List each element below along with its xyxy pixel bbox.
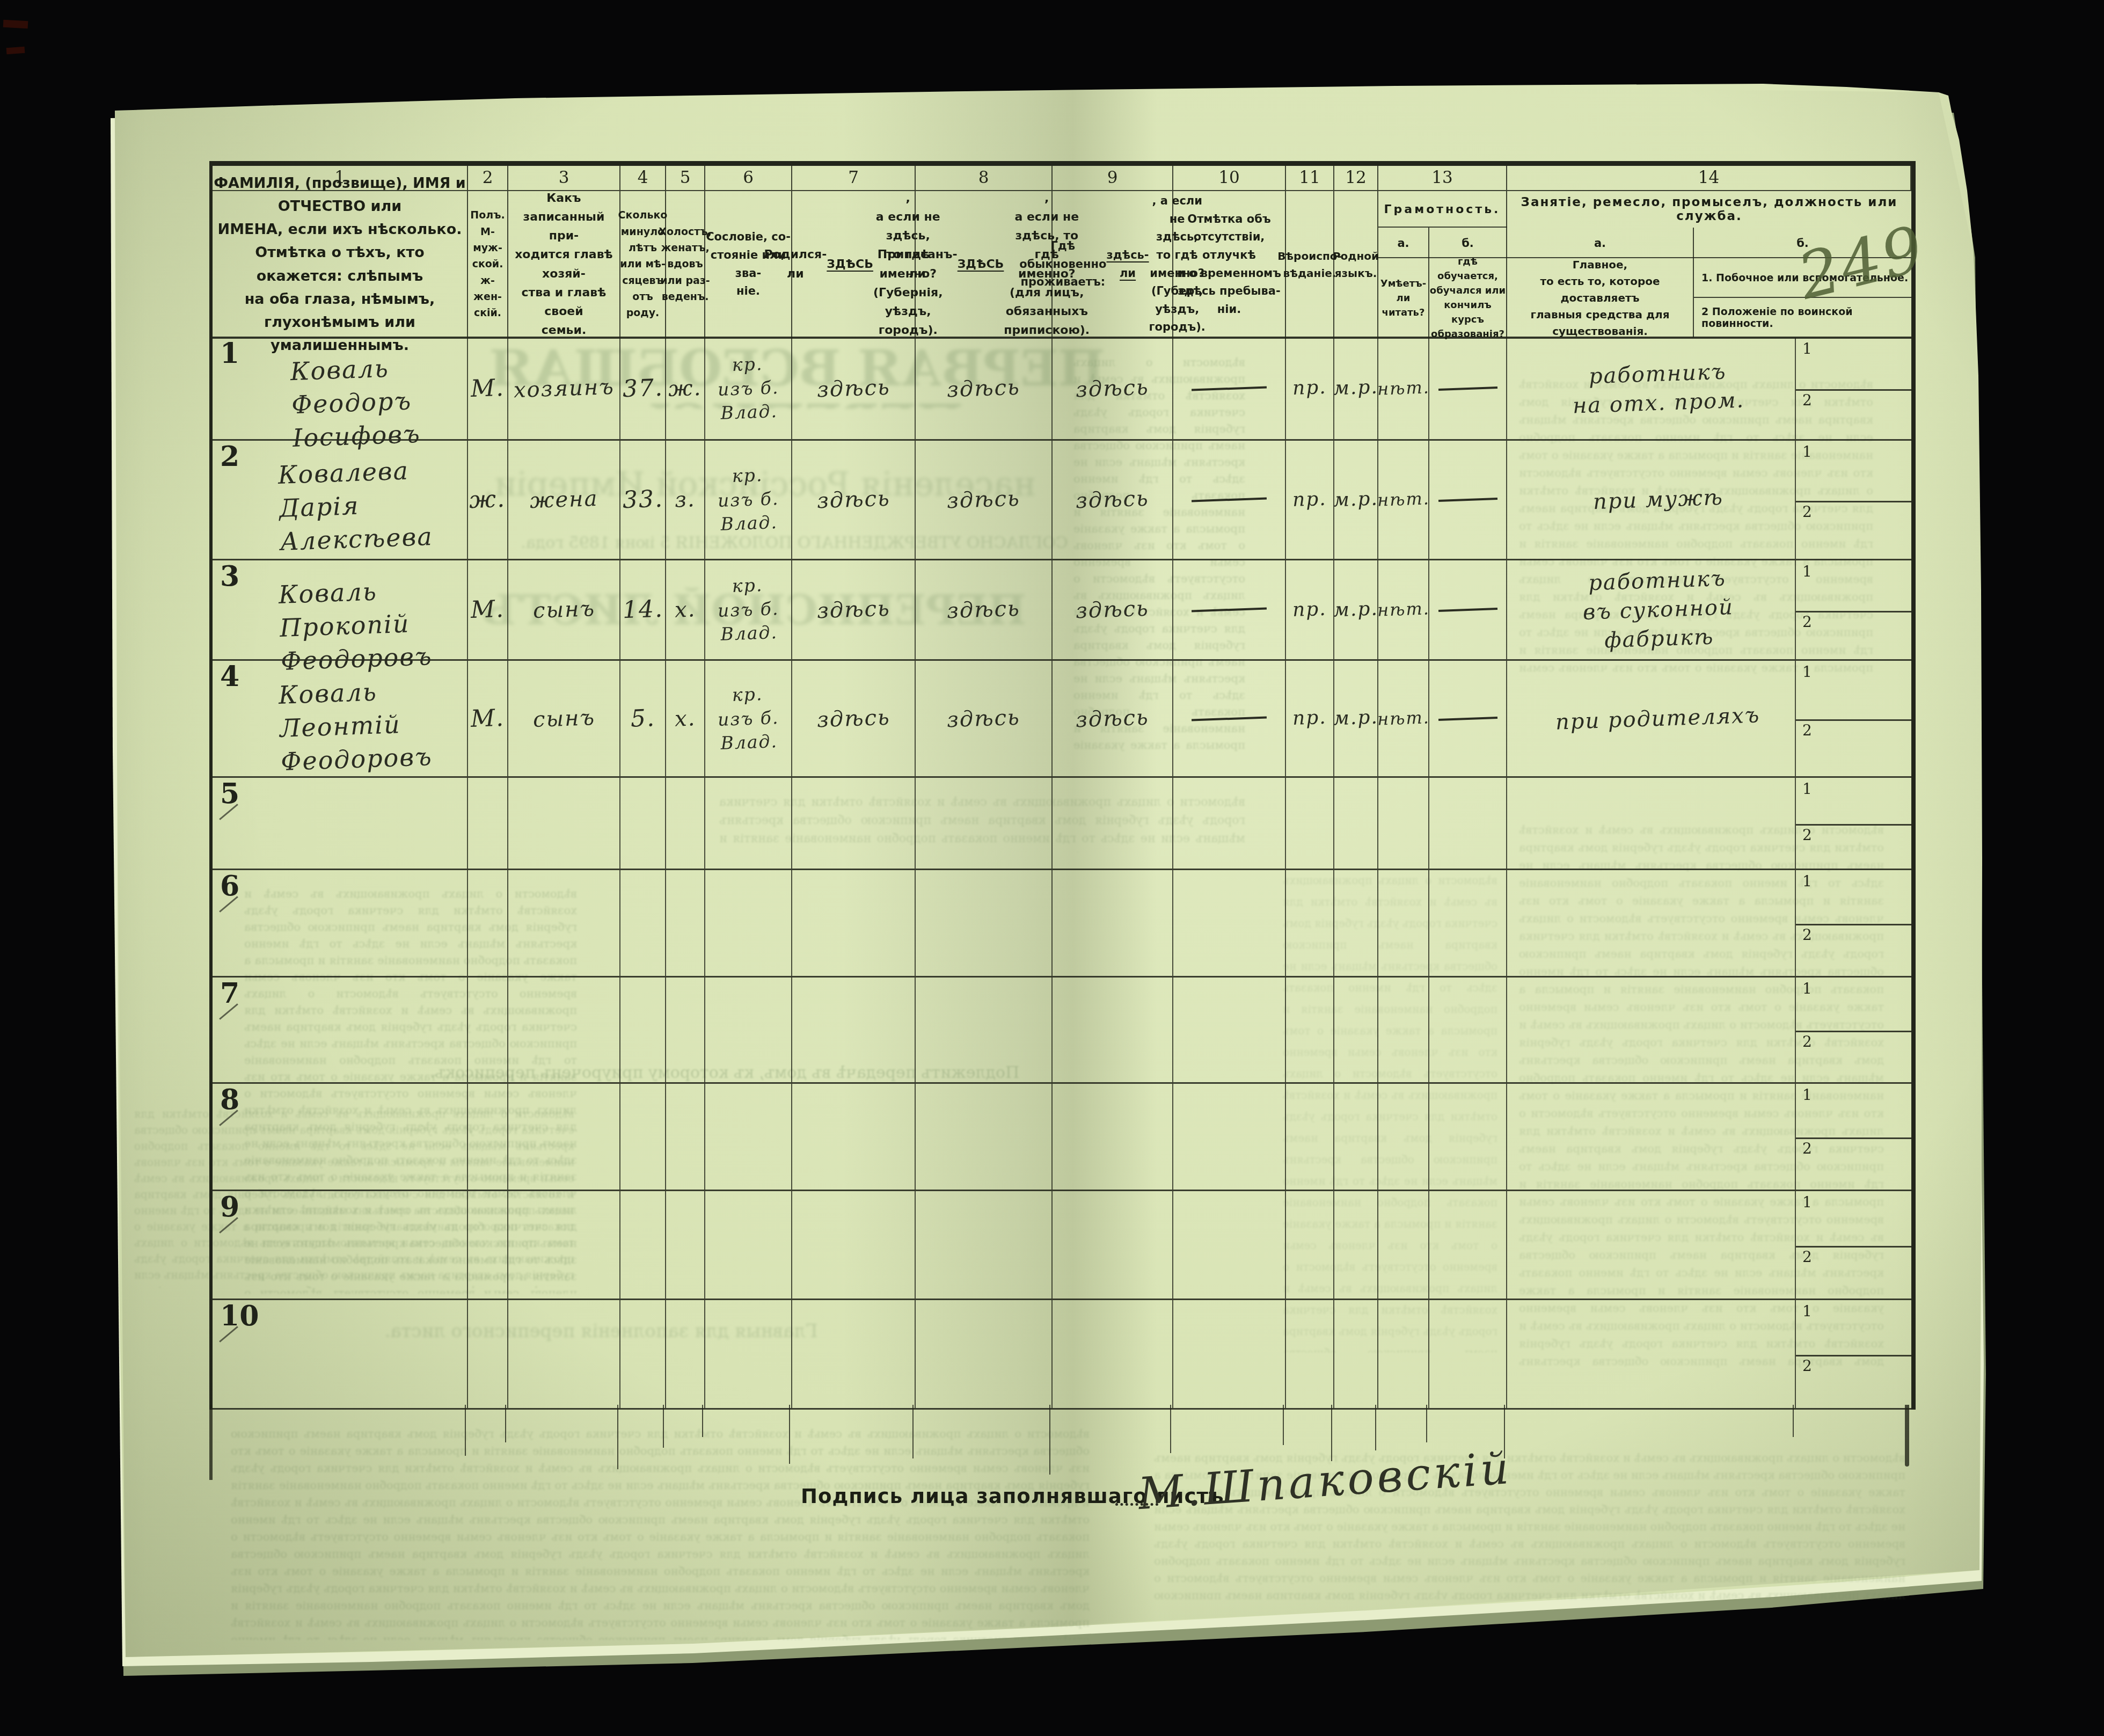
row9-estate	[705, 1191, 792, 1299]
hw-marital: з.	[674, 485, 696, 514]
row7-faith	[1286, 978, 1334, 1082]
header-col13a: Умѣетъ- ли читать?	[1378, 258, 1429, 338]
row5-occupation_main	[1507, 778, 1796, 869]
row2-faith: пр.	[1286, 441, 1334, 559]
subcell-mark-1: 1	[1802, 1193, 1812, 1211]
hw-relation: жена	[529, 484, 598, 515]
column-number-6: 6	[705, 166, 792, 191]
hw-born: здѣсь	[816, 594, 890, 626]
hw-estate: кр. изъ б. Влад.	[717, 682, 780, 756]
hw-language: м.р.	[1333, 375, 1378, 402]
row6-literacy_edu	[1429, 870, 1507, 976]
row10-language	[1334, 1300, 1378, 1408]
row3-age: 14.	[620, 560, 666, 659]
column-number-13: 13	[1378, 166, 1507, 191]
row1-literacy_edu	[1429, 338, 1507, 439]
row6-faith	[1286, 870, 1334, 976]
table-row-2: 2Ковалева Дарія Алексѣеваж.жена33.з.кр. …	[213, 441, 1911, 560]
row9-marital	[666, 1191, 705, 1299]
subcell-mark-2: 2	[1802, 1140, 1812, 1157]
column-number-8: 8	[916, 166, 1053, 191]
row3-literacy_read: нѣт.	[1378, 560, 1429, 659]
row4-sex: М.	[468, 661, 508, 776]
header-col9: Гдѣ обыкновенно проживаетъ: здѣсь-ли, а …	[1053, 191, 1173, 338]
subcell-mark-2: 2	[1802, 391, 1812, 409]
row4-resides: здѣсь	[1053, 661, 1173, 776]
row8-literacy_edu	[1429, 1084, 1507, 1190]
row2-born: здѣсь	[792, 441, 916, 559]
column-number-3: 3	[508, 166, 620, 191]
row3-sex: М.	[468, 560, 508, 659]
row3-name: 3Коваль Прокопій Феодоровъ	[213, 560, 468, 659]
subcell-mark-1: 1	[1802, 980, 1812, 997]
hw-dash	[1192, 716, 1267, 721]
hw-relation: сынъ	[532, 703, 596, 734]
row3-born: здѣсь	[792, 560, 916, 659]
column-rule-stub	[912, 1405, 914, 1458]
row1-name: 1Коваль Феодоръ Іосифовъ	[213, 338, 468, 439]
hw-literacy_read: нѣт.	[1377, 706, 1430, 731]
row2-literacy_read: нѣт.	[1378, 441, 1429, 559]
row9-language	[1334, 1191, 1378, 1299]
header-line	[1378, 227, 1507, 228]
subcell-mark-2: 2	[1802, 613, 1812, 631]
column-number-10: 10	[1173, 166, 1286, 191]
row3-relation: сынъ	[508, 560, 620, 659]
subcell-mark-2: 2	[1802, 1248, 1812, 1266]
row-number-3: 3	[220, 563, 239, 590]
hw-name: Коваль Феодоръ Іосифовъ	[290, 351, 421, 455]
column-rule-stub	[209, 1405, 213, 1480]
row1-registered: здѣсь	[916, 338, 1053, 439]
row8-age	[620, 1084, 666, 1190]
row6-marital	[666, 870, 705, 976]
table-row-8: 812	[213, 1084, 1911, 1191]
row2-relation: жена	[508, 441, 620, 559]
header-col5: Холостъ, женатъ, вдовъ или раз- веденъ.	[666, 191, 705, 338]
row7-absence	[1173, 978, 1286, 1082]
row5-faith	[1286, 778, 1334, 869]
column-rule-stub	[1331, 1405, 1332, 1461]
row5-registered	[916, 778, 1053, 869]
column-rule-stub	[702, 1405, 703, 1437]
row1-absence	[1173, 338, 1286, 439]
column-rule-stub	[465, 1405, 466, 1456]
subcell-mark-1: 1	[1802, 443, 1812, 461]
row7-occupation_side: 12	[1796, 978, 1911, 1082]
row6-occupation_main	[1507, 870, 1796, 976]
row4-relation: сынъ	[508, 661, 620, 776]
row2-language: м.р.	[1334, 441, 1378, 559]
column-number-11: 11	[1286, 166, 1334, 191]
row1-age: 37.	[620, 338, 666, 439]
hw-age: 33.	[622, 483, 663, 516]
header-col13b-label: б.	[1429, 228, 1507, 258]
row8-sex	[468, 1084, 508, 1190]
row10-registered	[916, 1300, 1053, 1408]
row2-occupation_side: 12	[1796, 441, 1911, 559]
row4-language: м.р.	[1334, 661, 1378, 776]
row10-occupation_side: 12	[1796, 1300, 1911, 1408]
bleedthrough-text: вѣдомости о лицахъ проживающихъ въ семьѣ…	[231, 1425, 1090, 1640]
row6-registered	[916, 870, 1053, 976]
hw-estate: кр. изъ б. Влад.	[717, 352, 780, 426]
row7-relation	[508, 978, 620, 1082]
row7-language	[1334, 978, 1378, 1082]
header-col14a: Главное, то есть то, которое доставляетъ…	[1507, 258, 1694, 338]
table-row-10: 1012	[213, 1300, 1911, 1410]
row9-name: 9	[213, 1191, 468, 1299]
row6-age	[620, 870, 666, 976]
row3-occupation_main: работникъ въ суконной фабрикѣ	[1507, 560, 1796, 659]
row4-name: 4Коваль Леонтій Феодоровъ	[213, 661, 468, 776]
row9-registered	[916, 1191, 1053, 1299]
subcell-mark-2: 2	[1802, 926, 1812, 944]
row1-born: здѣсь	[792, 338, 916, 439]
hw-marital: ж.	[668, 373, 702, 403]
table-row-6: 612	[213, 870, 1911, 978]
row7-sex	[468, 978, 508, 1082]
hw-sex: М.	[470, 372, 505, 405]
hw-registered: здѣсь	[946, 484, 1020, 516]
header-col14-title: Занятіе, ремесло, промыселъ, должность и…	[1507, 191, 1911, 228]
row2-absence	[1173, 441, 1286, 559]
row10-absence	[1173, 1300, 1286, 1408]
hw-name: Коваль Леонтій Феодоровъ	[278, 673, 433, 778]
row4-literacy_read: нѣт.	[1378, 661, 1429, 776]
row5-absence	[1173, 778, 1286, 869]
row6-language	[1334, 870, 1378, 976]
row3-registered: здѣсь	[916, 560, 1053, 659]
header-col14b-item2: 2 Положеніе по воинской повинности.	[1694, 298, 1911, 338]
row9-age	[620, 1191, 666, 1299]
header-col2: Полъ. М-муж- ской. ж-жен- скій.	[468, 191, 508, 338]
hw-literacy_read: нѣт.	[1377, 376, 1430, 401]
hw-relation: хозяинъ	[513, 372, 615, 405]
row10-sex	[468, 1300, 508, 1408]
row5-marital	[666, 778, 705, 869]
row6-born	[792, 870, 916, 976]
row6-sex	[468, 870, 508, 976]
row8-language	[1334, 1084, 1378, 1190]
subcell-divider	[1796, 501, 1911, 502]
hw-literacy_read: нѣт.	[1377, 487, 1430, 513]
subcell-divider	[1796, 1031, 1911, 1032]
table-row-9: 912	[213, 1191, 1911, 1300]
row2-age: 33.	[620, 441, 666, 559]
row4-literacy_edu	[1429, 661, 1507, 776]
row5-literacy_read	[1378, 778, 1429, 869]
header-line	[1694, 297, 1911, 298]
column-rule-stub	[1905, 1405, 1909, 1467]
row9-occupation_side: 12	[1796, 1191, 1911, 1299]
row10-literacy_read	[1378, 1300, 1429, 1408]
column-rule-stub	[663, 1405, 664, 1448]
row4-occupation_side: 12	[1796, 661, 1911, 776]
column-number-2: 2	[468, 166, 508, 191]
row8-name: 8	[213, 1084, 468, 1190]
hw-born: здѣсь	[816, 484, 890, 516]
row1-faith: пр.	[1286, 338, 1334, 439]
row2-marital: з.	[666, 441, 705, 559]
row10-resides	[1053, 1300, 1173, 1408]
row5-sex	[468, 778, 508, 869]
row7-literacy_edu	[1429, 978, 1507, 1082]
row10-literacy_edu	[1429, 1300, 1507, 1408]
row6-resides	[1053, 870, 1173, 976]
hw-occupation_main: работникъ въ суконной фабрикѣ	[1581, 564, 1735, 656]
hw-registered: здѣсь	[946, 703, 1020, 734]
hw-occupation_main: при мужѣ	[1592, 483, 1724, 516]
row2-occupation_main: при мужѣ	[1507, 441, 1796, 559]
row-number-1: 1	[220, 340, 239, 368]
row5-estate	[705, 778, 792, 869]
row7-occupation_main	[1507, 978, 1796, 1082]
hw-dash	[1192, 608, 1267, 612]
row8-absence	[1173, 1084, 1286, 1190]
hw-resides: здѣсь	[1075, 484, 1149, 516]
hw-born: здѣсь	[816, 373, 890, 404]
table-row-7: 712	[213, 978, 1911, 1084]
row1-estate: кр. изъ б. Влад.	[705, 338, 792, 439]
row6-literacy_read	[1378, 870, 1429, 976]
row8-resides	[1053, 1084, 1173, 1190]
row3-literacy_edu	[1429, 560, 1507, 659]
subcell-mark-2: 2	[1802, 503, 1812, 521]
row9-literacy_edu	[1429, 1191, 1507, 1299]
subcell-mark-2: 2	[1802, 1357, 1812, 1375]
row6-occupation_side: 12	[1796, 870, 1911, 976]
row5-name: 5	[213, 778, 468, 869]
row8-marital	[666, 1084, 705, 1190]
subcell-mark-2: 2	[1802, 721, 1812, 739]
row2-registered: здѣсь	[916, 441, 1053, 559]
hw-faith: пр.	[1292, 596, 1327, 624]
header-col13a-label: а.	[1378, 228, 1429, 258]
column-rule-stub	[1375, 1405, 1376, 1450]
hw-faith: пр.	[1292, 375, 1327, 402]
row6-estate	[705, 870, 792, 976]
row7-age	[620, 978, 666, 1082]
header-col12: Родной языкъ.	[1334, 191, 1378, 338]
column-number-9: 9	[1053, 166, 1173, 191]
row8-relation	[508, 1084, 620, 1190]
hw-relation: сынъ	[532, 594, 596, 625]
row5-resides	[1053, 778, 1173, 869]
row3-marital: х.	[666, 560, 705, 659]
row9-literacy_read	[1378, 1191, 1429, 1299]
column-rule-stub	[1283, 1405, 1284, 1445]
row3-resides: здѣсь	[1053, 560, 1173, 659]
hw-marital: х.	[674, 704, 696, 733]
row5-relation	[508, 778, 620, 869]
hw-dash	[1192, 498, 1267, 502]
row2-resides: здѣсь	[1053, 441, 1173, 559]
hw-name: Ковалева Дарія Алексѣева	[277, 453, 434, 558]
column-number-4: 4	[620, 166, 666, 191]
row8-occupation_side: 12	[1796, 1084, 1911, 1190]
column-number-7: 7	[792, 166, 916, 191]
row2-name: 2Ковалева Дарія Алексѣева	[213, 441, 468, 559]
row10-faith	[1286, 1300, 1334, 1408]
table-row-1: 1Коваль Феодоръ ІосифовъМ.хозяинъ37.ж.кр…	[213, 338, 1911, 441]
subcell-divider	[1796, 1355, 1911, 1356]
hw-dash	[1438, 386, 1497, 391]
row10-relation	[508, 1300, 620, 1408]
row3-estate: кр. изъ б. Влад.	[705, 560, 792, 659]
row4-born: здѣсь	[792, 661, 916, 776]
row7-resides	[1053, 978, 1173, 1082]
row9-born	[792, 1191, 916, 1299]
column-rule-stub	[1426, 1405, 1427, 1442]
subcell-mark-1: 1	[1802, 780, 1812, 798]
hw-born: здѣсь	[816, 703, 890, 734]
subcell-divider	[1796, 719, 1911, 721]
subcell-mark-1: 1	[1802, 563, 1812, 580]
row2-estate: кр. изъ б. Влад.	[705, 441, 792, 559]
row7-name: 7	[213, 978, 468, 1082]
row10-marital	[666, 1300, 705, 1408]
header-col14a-label: а.	[1507, 228, 1694, 258]
row4-faith: пр.	[1286, 661, 1334, 776]
row9-resides	[1053, 1191, 1173, 1299]
row-number-10: 10	[220, 1302, 259, 1330]
row7-registered	[916, 978, 1053, 1082]
hw-estate: кр. изъ б. Влад.	[717, 573, 780, 647]
row1-marital: ж.	[666, 338, 705, 439]
row7-marital	[666, 978, 705, 1082]
hw-occupation_main: при родителяхъ	[1555, 701, 1760, 736]
row1-relation: хозяинъ	[508, 338, 620, 439]
row2-literacy_edu	[1429, 441, 1507, 559]
hw-sex: М.	[470, 702, 505, 735]
header-col13-title: Грамотность.	[1378, 191, 1507, 228]
row4-absence	[1173, 661, 1286, 776]
column-rule-stub	[1049, 1405, 1050, 1475]
column-rule-stub	[789, 1405, 790, 1464]
hw-age: 5.	[630, 702, 655, 735]
hw-dash	[1192, 386, 1267, 391]
row4-estate: кр. изъ б. Влад.	[705, 661, 792, 776]
row8-faith	[1286, 1084, 1334, 1190]
row7-literacy_read	[1378, 978, 1429, 1082]
table-row-3: 3Коваль Прокопій ФеодоровъМ.сынъ14.х.кр.…	[213, 560, 1911, 661]
row5-born	[792, 778, 916, 869]
hw-age: 37.	[622, 371, 663, 405]
hw-resides: здѣсь	[1075, 373, 1149, 404]
row8-estate	[705, 1084, 792, 1190]
row1-occupation_main: работникъ на отх. пром.	[1507, 338, 1796, 439]
column-number-12: 12	[1334, 166, 1378, 191]
header-col13b: гдѣ обучается, обучался или кончилъ курс…	[1429, 258, 1507, 338]
hw-language: м.р.	[1333, 596, 1378, 623]
row3-absence	[1173, 560, 1286, 659]
subcell-mark-1: 1	[1802, 663, 1812, 681]
hw-resides: здѣсь	[1075, 703, 1149, 734]
subcell-divider	[1796, 1246, 1911, 1248]
row-number-4: 4	[220, 663, 239, 691]
row10-name: 10	[213, 1300, 468, 1408]
column-rule-stub	[617, 1405, 618, 1469]
hw-age: 14.	[622, 593, 663, 626]
subcell-divider	[1796, 824, 1911, 826]
row9-relation	[508, 1191, 620, 1299]
row1-resides: здѣсь	[1053, 338, 1173, 439]
row9-faith	[1286, 1191, 1334, 1299]
table-row-4: 4Коваль Леонтій ФеодоровъМ.сынъ5.х.кр. и…	[213, 661, 1911, 778]
row1-language: м.р.	[1334, 338, 1378, 439]
row9-sex	[468, 1191, 508, 1299]
hw-registered: здѣсь	[946, 594, 1020, 626]
row8-born	[792, 1084, 916, 1190]
subcell-mark-1: 1	[1802, 1086, 1812, 1104]
row10-occupation_main	[1507, 1300, 1796, 1408]
row5-age	[620, 778, 666, 869]
row1-occupation_side: 12	[1796, 338, 1911, 439]
hw-registered: здѣсь	[946, 373, 1020, 404]
table-row-5: 512	[213, 778, 1911, 870]
subcell-mark-2: 2	[1802, 826, 1812, 844]
column-rule-stub	[1793, 1405, 1794, 1437]
row5-language	[1334, 778, 1378, 869]
row10-age	[620, 1300, 666, 1408]
row1-literacy_read: нѣт.	[1378, 338, 1429, 439]
header-col3: Какъ записанный при- ходится главѣ хозяй…	[508, 191, 620, 338]
hw-sex: М.	[470, 593, 505, 626]
column-rule-stub	[1170, 1405, 1171, 1453]
hw-estate: кр. изъ б. Влад.	[717, 463, 780, 537]
hw-marital: х.	[674, 595, 696, 624]
row1-sex: М.	[468, 338, 508, 439]
row7-born	[792, 978, 916, 1082]
hw-language: м.р.	[1333, 705, 1378, 732]
subcell-divider	[1796, 1137, 1911, 1139]
hw-dash	[1438, 498, 1497, 502]
hw-occupation_main: работникъ на отх. пром.	[1571, 356, 1745, 420]
row5-occupation_side: 12	[1796, 778, 1911, 869]
row8-literacy_read	[1378, 1084, 1429, 1190]
row10-born	[792, 1300, 916, 1408]
row8-registered	[916, 1084, 1053, 1190]
row8-occupation_main	[1507, 1084, 1796, 1190]
hw-resides: здѣсь	[1075, 594, 1149, 626]
row6-absence	[1173, 870, 1286, 976]
row9-absence	[1173, 1191, 1286, 1299]
hw-faith: пр.	[1292, 486, 1327, 514]
scanned-census-sheet-photo: ПЕРВАЯ ВСЕОБЩАЯ ПЕРЕПИСЬнаселенія Россій…	[0, 0, 2104, 1736]
hw-faith: пр.	[1292, 705, 1327, 732]
row6-relation	[508, 870, 620, 976]
hw-dash	[1438, 608, 1497, 612]
subcell-mark-1: 1	[1802, 1302, 1812, 1320]
hw-literacy_read: нѣт.	[1377, 597, 1430, 623]
subcell-mark-2: 2	[1802, 1033, 1812, 1051]
column-number-5: 5	[666, 166, 705, 191]
row2-sex: ж.	[468, 441, 508, 559]
row7-estate	[705, 978, 792, 1082]
column-number-14: 14	[1507, 166, 1911, 191]
row3-language: м.р.	[1334, 560, 1378, 659]
hw-dash	[1438, 717, 1497, 721]
column-rule-stub	[505, 1405, 506, 1442]
subcell-divider	[1796, 611, 1911, 612]
row4-occupation_main: при родителяхъ	[1507, 661, 1796, 776]
subcell-mark-1: 1	[1802, 340, 1812, 358]
row-number-2: 2	[220, 443, 239, 471]
row9-occupation_main	[1507, 1191, 1796, 1299]
row10-estate	[705, 1300, 792, 1408]
header-col11: Вѣроиспо- вѣданіе.	[1286, 191, 1334, 338]
